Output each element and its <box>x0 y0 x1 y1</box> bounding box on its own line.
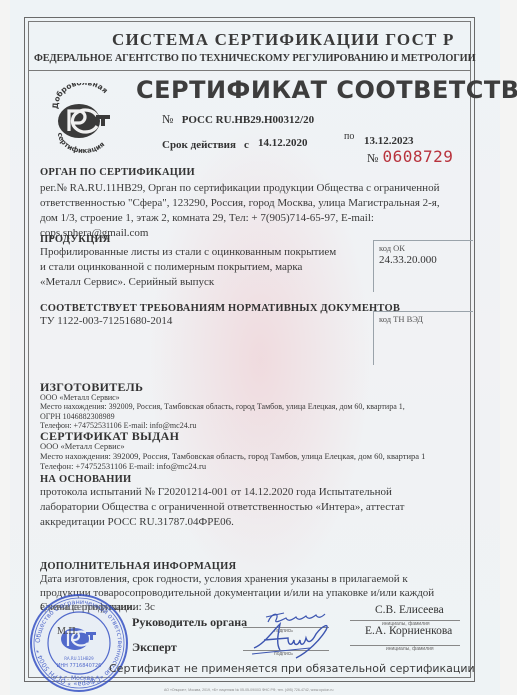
head-name: С.В. Елисеева <box>375 604 444 616</box>
certificate-number-row: № РОСС RU.НВ29.Н00312/20 <box>162 112 314 127</box>
svg-text:* г. Москва *: * г. Москва * <box>59 675 99 682</box>
compliance-heading: СООТВЕТСТВУЕТ ТРЕБОВАНИЯМ НОРМАТИВНЫХ ДО… <box>40 303 400 314</box>
validity-to-label: по <box>344 131 354 142</box>
validity-from-label: с <box>244 139 249 151</box>
compliance-text: ТУ 1122-003-71251680-2014 <box>40 314 172 329</box>
expert-name-caption: инициалы, фамилия <box>386 646 434 652</box>
agency-title: ФЕДЕРАЛЬНОЕ АГЕНТСТВО ПО ТЕХНИЧЕСКОМУ РЕ… <box>34 53 476 64</box>
issued-to-address: Место нахождения: 392009, Россия, Тамбов… <box>40 451 425 461</box>
validity-label: Срок действия <box>162 139 236 151</box>
printer-line: АО «Опцион», Москва, 2019, «Б» лицензия … <box>164 688 333 692</box>
issued-to-name: ООО «Металл Сервис» <box>40 441 125 451</box>
head-label: Руководитель органа <box>132 615 247 630</box>
expert-signature-icon <box>250 618 335 660</box>
certification-body-text: рег.№ RA.RU.11НВ29, Орган по сертификаци… <box>40 181 460 241</box>
basis-text: протокола испытаний № Г20201214-001 от 1… <box>40 485 425 530</box>
number-prefix: № <box>162 112 173 126</box>
code-tnved-label: код ТН ВЭД <box>379 314 473 324</box>
svg-text:ИНН 7716840726: ИНН 7716840726 <box>57 663 102 669</box>
valid-to-date: 13.12.2023 <box>364 135 414 147</box>
expert-label: Эксперт <box>132 640 177 655</box>
certificate-number: РОСС RU.НВ29.Н00312/20 <box>182 114 314 126</box>
footer-note: Сертификат не применяется при обязательн… <box>109 662 475 675</box>
blank-number: 0608729 <box>382 147 453 166</box>
rst-logo-icon: Добровольная сертификация <box>52 83 114 155</box>
organization-seal-icon: Общество с ограниченной ответственностью… <box>28 592 130 694</box>
manufacturer-address: Место нахождения: 392009, Россия, Тамбов… <box>40 402 410 422</box>
issued-to-contacts: Телефон: +74752531106 E-mail: info@mc24.… <box>40 461 206 471</box>
code-ok-box: код ОК 24.33.20.000 <box>373 240 473 292</box>
certification-body-heading: ОРГАН ПО СЕРТИФИКАЦИИ <box>40 167 195 178</box>
validity-row: Срок действия с <box>162 135 249 153</box>
blank-number-prefix: № <box>367 151 378 165</box>
basis-heading: НА ОСНОВАНИИ <box>40 474 131 485</box>
valid-from-date: 14.12.2020 <box>258 137 308 149</box>
expert-name: Е.А. Корниенкова <box>365 625 452 637</box>
product-text: Профилированные листы из стали с оцинков… <box>40 245 340 290</box>
svg-text:RA.RU.11НВ29: RA.RU.11НВ29 <box>64 656 94 661</box>
code-tnved-box: код ТН ВЭД <box>373 311 473 365</box>
code-ok-label: код ОК <box>379 243 473 253</box>
additional-info-heading: ДОПОЛНИТЕЛЬНАЯ ИНФОРМАЦИЯ <box>40 561 236 572</box>
certificate-title: СЕРТИФИКАТ СООТВЕТСТВИЯ <box>136 76 517 104</box>
system-title: СИСТЕМА СЕРТИФИКАЦИИ ГОСТ Р <box>112 30 455 50</box>
blank-number-row: № 0608729 <box>367 147 453 167</box>
product-heading: ПРОДУКЦИЯ <box>40 234 111 245</box>
stamp-place-mark: М.П. <box>57 626 78 637</box>
header-divider <box>28 70 471 71</box>
code-ok-value: 24.33.20.000 <box>379 254 473 266</box>
